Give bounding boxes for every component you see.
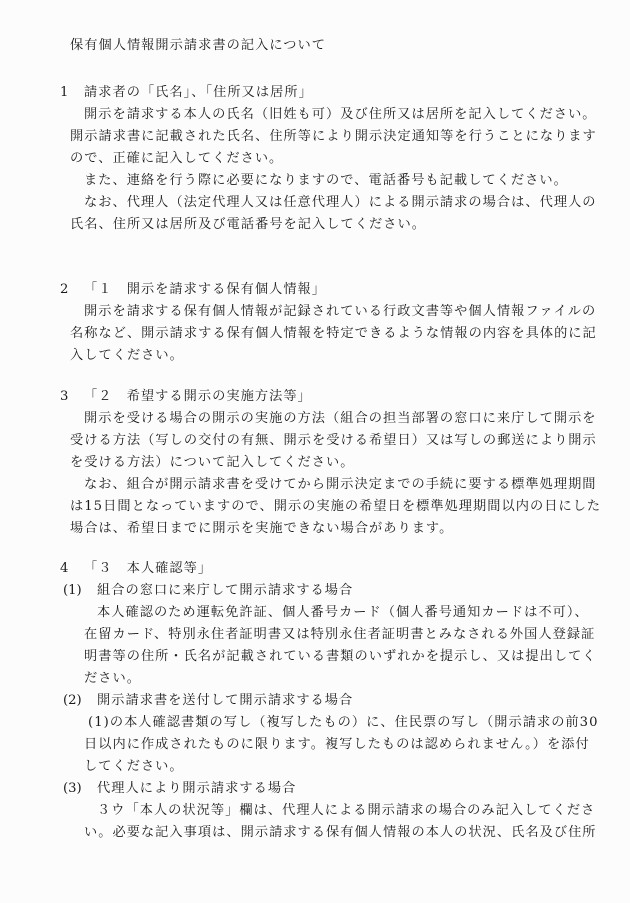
paragraph-line: してください。 bbox=[84, 759, 184, 775]
section-heading: 「２ 希望する開示の実施方法等」 bbox=[84, 389, 312, 405]
paragraph-line: ３ウ「本人の状況等」欄は、代理人による開示請求の場合のみ記入してくださ bbox=[97, 803, 595, 819]
paragraph-line: を受ける方法）について記入してください。 bbox=[70, 455, 354, 471]
subsection-heading: 開示請求書を送付して開示請求する場合 bbox=[97, 693, 353, 709]
subsection-heading: 組合の窓口に来庁して開示請求する場合 bbox=[97, 583, 353, 599]
section-number: 2 bbox=[60, 282, 68, 298]
subsection-number: (1) bbox=[63, 583, 82, 599]
paragraph-line: また、連絡を行う際に必要になりますので、電話番号も記載してください。 bbox=[84, 173, 568, 189]
subsection-number: (3) bbox=[63, 781, 82, 797]
subsection-number: (2) bbox=[63, 693, 82, 709]
paragraph-line: は15日間となっていますので、開示の実施の希望日を標準処理期間以内の日にした bbox=[70, 499, 601, 515]
paragraph-line: (1)の本人確認書類の写し（複写したもの）に、住民票の写し（開示請求の前30 bbox=[88, 715, 599, 731]
section-number: 1 bbox=[60, 85, 68, 101]
section-heading: 「１ 開示を請求する保有個人情報」 bbox=[84, 282, 326, 298]
paragraph-line: なお、組合が開示請求書を受けてから開示決定までの手続に要する標準処理期間 bbox=[84, 477, 597, 493]
section-heading: 請求者の「氏名」、「住所又は居所」 bbox=[84, 85, 313, 101]
paragraph-line: 日以内に作成されたものに限ります。複写したものは認められません。）を添付 bbox=[84, 737, 590, 753]
paragraph-line: 名称など、開示請求する保有個人情報を特定できるような情報の内容を具体的に記 bbox=[70, 326, 597, 342]
section-number: 3 bbox=[60, 389, 68, 405]
document-page: 保有個人情報開示請求書の記入について 1 請求者の「氏名」、「住所又は居所」 開… bbox=[0, 0, 630, 903]
paragraph-line: 開示を請求する本人の氏名（旧姓も可）及び住所又は居所を記入してください。 bbox=[84, 107, 597, 123]
paragraph-line: 氏名、住所又は居所及び電話番号を記入してください。 bbox=[70, 217, 426, 233]
document-title: 保有個人情報開示請求書の記入について bbox=[70, 38, 326, 54]
subsection-heading: 代理人により開示請求する場合 bbox=[97, 781, 296, 797]
paragraph-line: 受ける方法（写しの交付の有無、開示を受ける希望日）又は写しの郵送により開示 bbox=[70, 433, 597, 449]
paragraph-line: ださい。 bbox=[84, 671, 141, 687]
paragraph-line: 本人確認のため運転免許証、個人番号カード（個人番号通知カードは不可）、 bbox=[97, 605, 589, 621]
paragraph-line: 開示請求書に記載された氏名、住所等により開示決定通知等を行うことになります bbox=[70, 129, 597, 145]
paragraph-line: 開示を請求する保有個人情報が記録されている行政文書等や個人情報ファイルの bbox=[84, 304, 596, 320]
section-number: 4 bbox=[60, 561, 68, 577]
paragraph-line: 明書等の住所・氏名が記載されている書類のいずれかを提示し、又は提出してく bbox=[84, 649, 597, 665]
paragraph-line: 開示を受ける場合の開示の実施の方法（組合の担当部署の窓口に来庁して開示を bbox=[84, 411, 597, 427]
paragraph-line: 在留カード、特別永住者証明書又は特別永住者証明書とみなされる外国人登録証 bbox=[84, 627, 595, 643]
paragraph-line: なお、代理人（法定代理人又は任意代理人）による開示請求の場合は、代理人の bbox=[84, 195, 597, 211]
paragraph-line: 場合は、希望日までに開示を実施できない場合があります。 bbox=[70, 521, 453, 537]
paragraph-line: 入してください。 bbox=[70, 348, 184, 364]
paragraph-line: い。必要な記入事項は、開示請求する保有個人情報の本人の状況、氏名及び住所 bbox=[84, 825, 597, 841]
paragraph-line: ので、正確に記入してください。 bbox=[70, 151, 283, 167]
section-heading: 「３ 本人確認等」 bbox=[84, 561, 212, 577]
